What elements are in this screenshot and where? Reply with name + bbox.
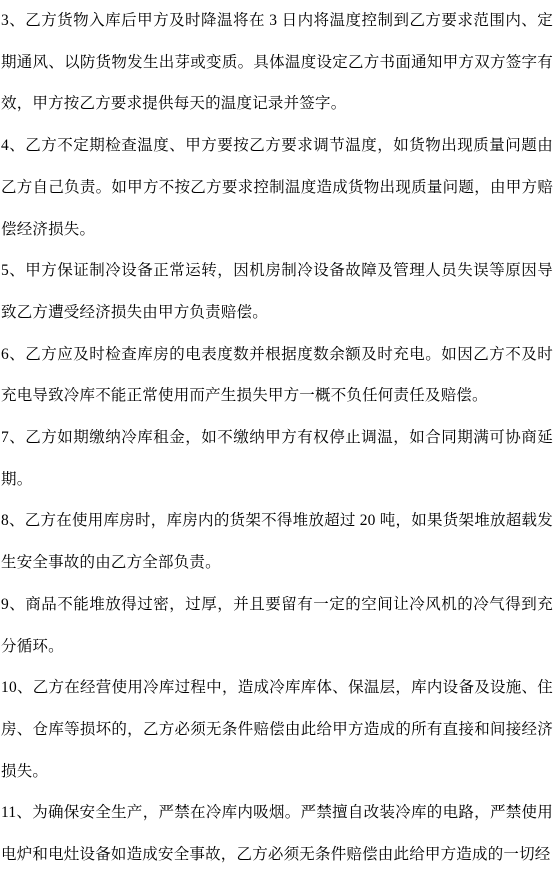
clause-10-number: 10、 [1, 679, 33, 696]
clause-6-number: 6、 [1, 346, 25, 363]
clause-6: 6、乙方应及时检查库房的电表度数并根据度数余额及时充电。如因乙方不及时充电导致冷… [1, 334, 553, 417]
document-page: { "document": { "language": "zh-CN", "te… [0, 0, 554, 874]
clause-5-number: 5、 [1, 262, 25, 279]
clause-4: 4、乙方不定期检查温度、甲方要按乙方要求调节温度，如货物出现质量问题由乙方自己负… [1, 125, 553, 250]
clause-11: 11、为确保安全生产，严禁在冷库内吸烟。严禁擅自改装冷库的电路，严禁使用电炉和电… [1, 792, 553, 874]
clause-9: 9、商品不能堆放得过密，过厚，并且要留有一定的空间让冷风机的冷气得到充分循环。 [1, 584, 553, 667]
clause-4-number: 4、 [1, 137, 25, 154]
clause-8-text: 乙方在使用库房时，库房内的货架不得堆放超过 20 吨，如果货架堆放超载发生安全事… [1, 512, 553, 571]
clause-11-number: 11、 [1, 804, 32, 821]
clause-6-text: 乙方应及时检查库房的电表度数并根据度数余额及时充电。如因乙方不及时充电导致冷库不… [1, 346, 553, 405]
clause-7-number: 7、 [1, 429, 25, 446]
clause-10: 10、乙方在经营使用冷库过程中，造成冷库库体、保温层，库内设备及设施、住房、仓库… [1, 667, 553, 792]
clause-8: 8、乙方在使用库房时，库房内的货架不得堆放超过 20 吨，如果货架堆放超载发生安… [1, 500, 553, 583]
clause-9-number: 9、 [1, 596, 25, 613]
clause-4-text: 乙方不定期检查温度、甲方要按乙方要求调节温度，如货物出现质量问题由乙方自己负责。… [1, 137, 553, 237]
clause-9-text: 商品不能堆放得过密，过厚，并且要留有一定的空间让冷风机的冷气得到充分循环。 [1, 596, 553, 655]
clause-3-number: 3、 [1, 12, 25, 29]
clause-7: 7、乙方如期缴纳冷库租金，如不缴纳甲方有权停止调温，如合同期满可协商延期。 [1, 417, 553, 500]
contract-document: 3、乙方货物入库后甲方及时降温将在 3 日内将温度控制到乙方要求范围内、定期通风… [0, 0, 554, 874]
clause-11-text: 为确保安全生产，严禁在冷库内吸烟。严禁擅自改装冷库的电路，严禁使用电炉和电灶设备… [1, 804, 553, 863]
clause-3-text: 乙方货物入库后甲方及时降温将在 3 日内将温度控制到乙方要求范围内、定期通风、以… [1, 12, 553, 112]
clause-10-text: 乙方在经营使用冷库过程中，造成冷库库体、保温层，库内设备及设施、住房、仓库等损坏… [1, 679, 553, 779]
clause-5: 5、甲方保证制冷设备正常运转，因机房制冷设备故障及管理人员失误等原因导致乙方遭受… [1, 250, 553, 333]
clause-3: 3、乙方货物入库后甲方及时降温将在 3 日内将温度控制到乙方要求范围内、定期通风… [1, 0, 553, 125]
clause-7-text: 乙方如期缴纳冷库租金，如不缴纳甲方有权停止调温，如合同期满可协商延期。 [1, 429, 553, 488]
clause-8-number: 8、 [1, 512, 25, 529]
clause-5-text: 甲方保证制冷设备正常运转，因机房制冷设备故障及管理人员失误等原因导致乙方遭受经济… [1, 262, 553, 321]
